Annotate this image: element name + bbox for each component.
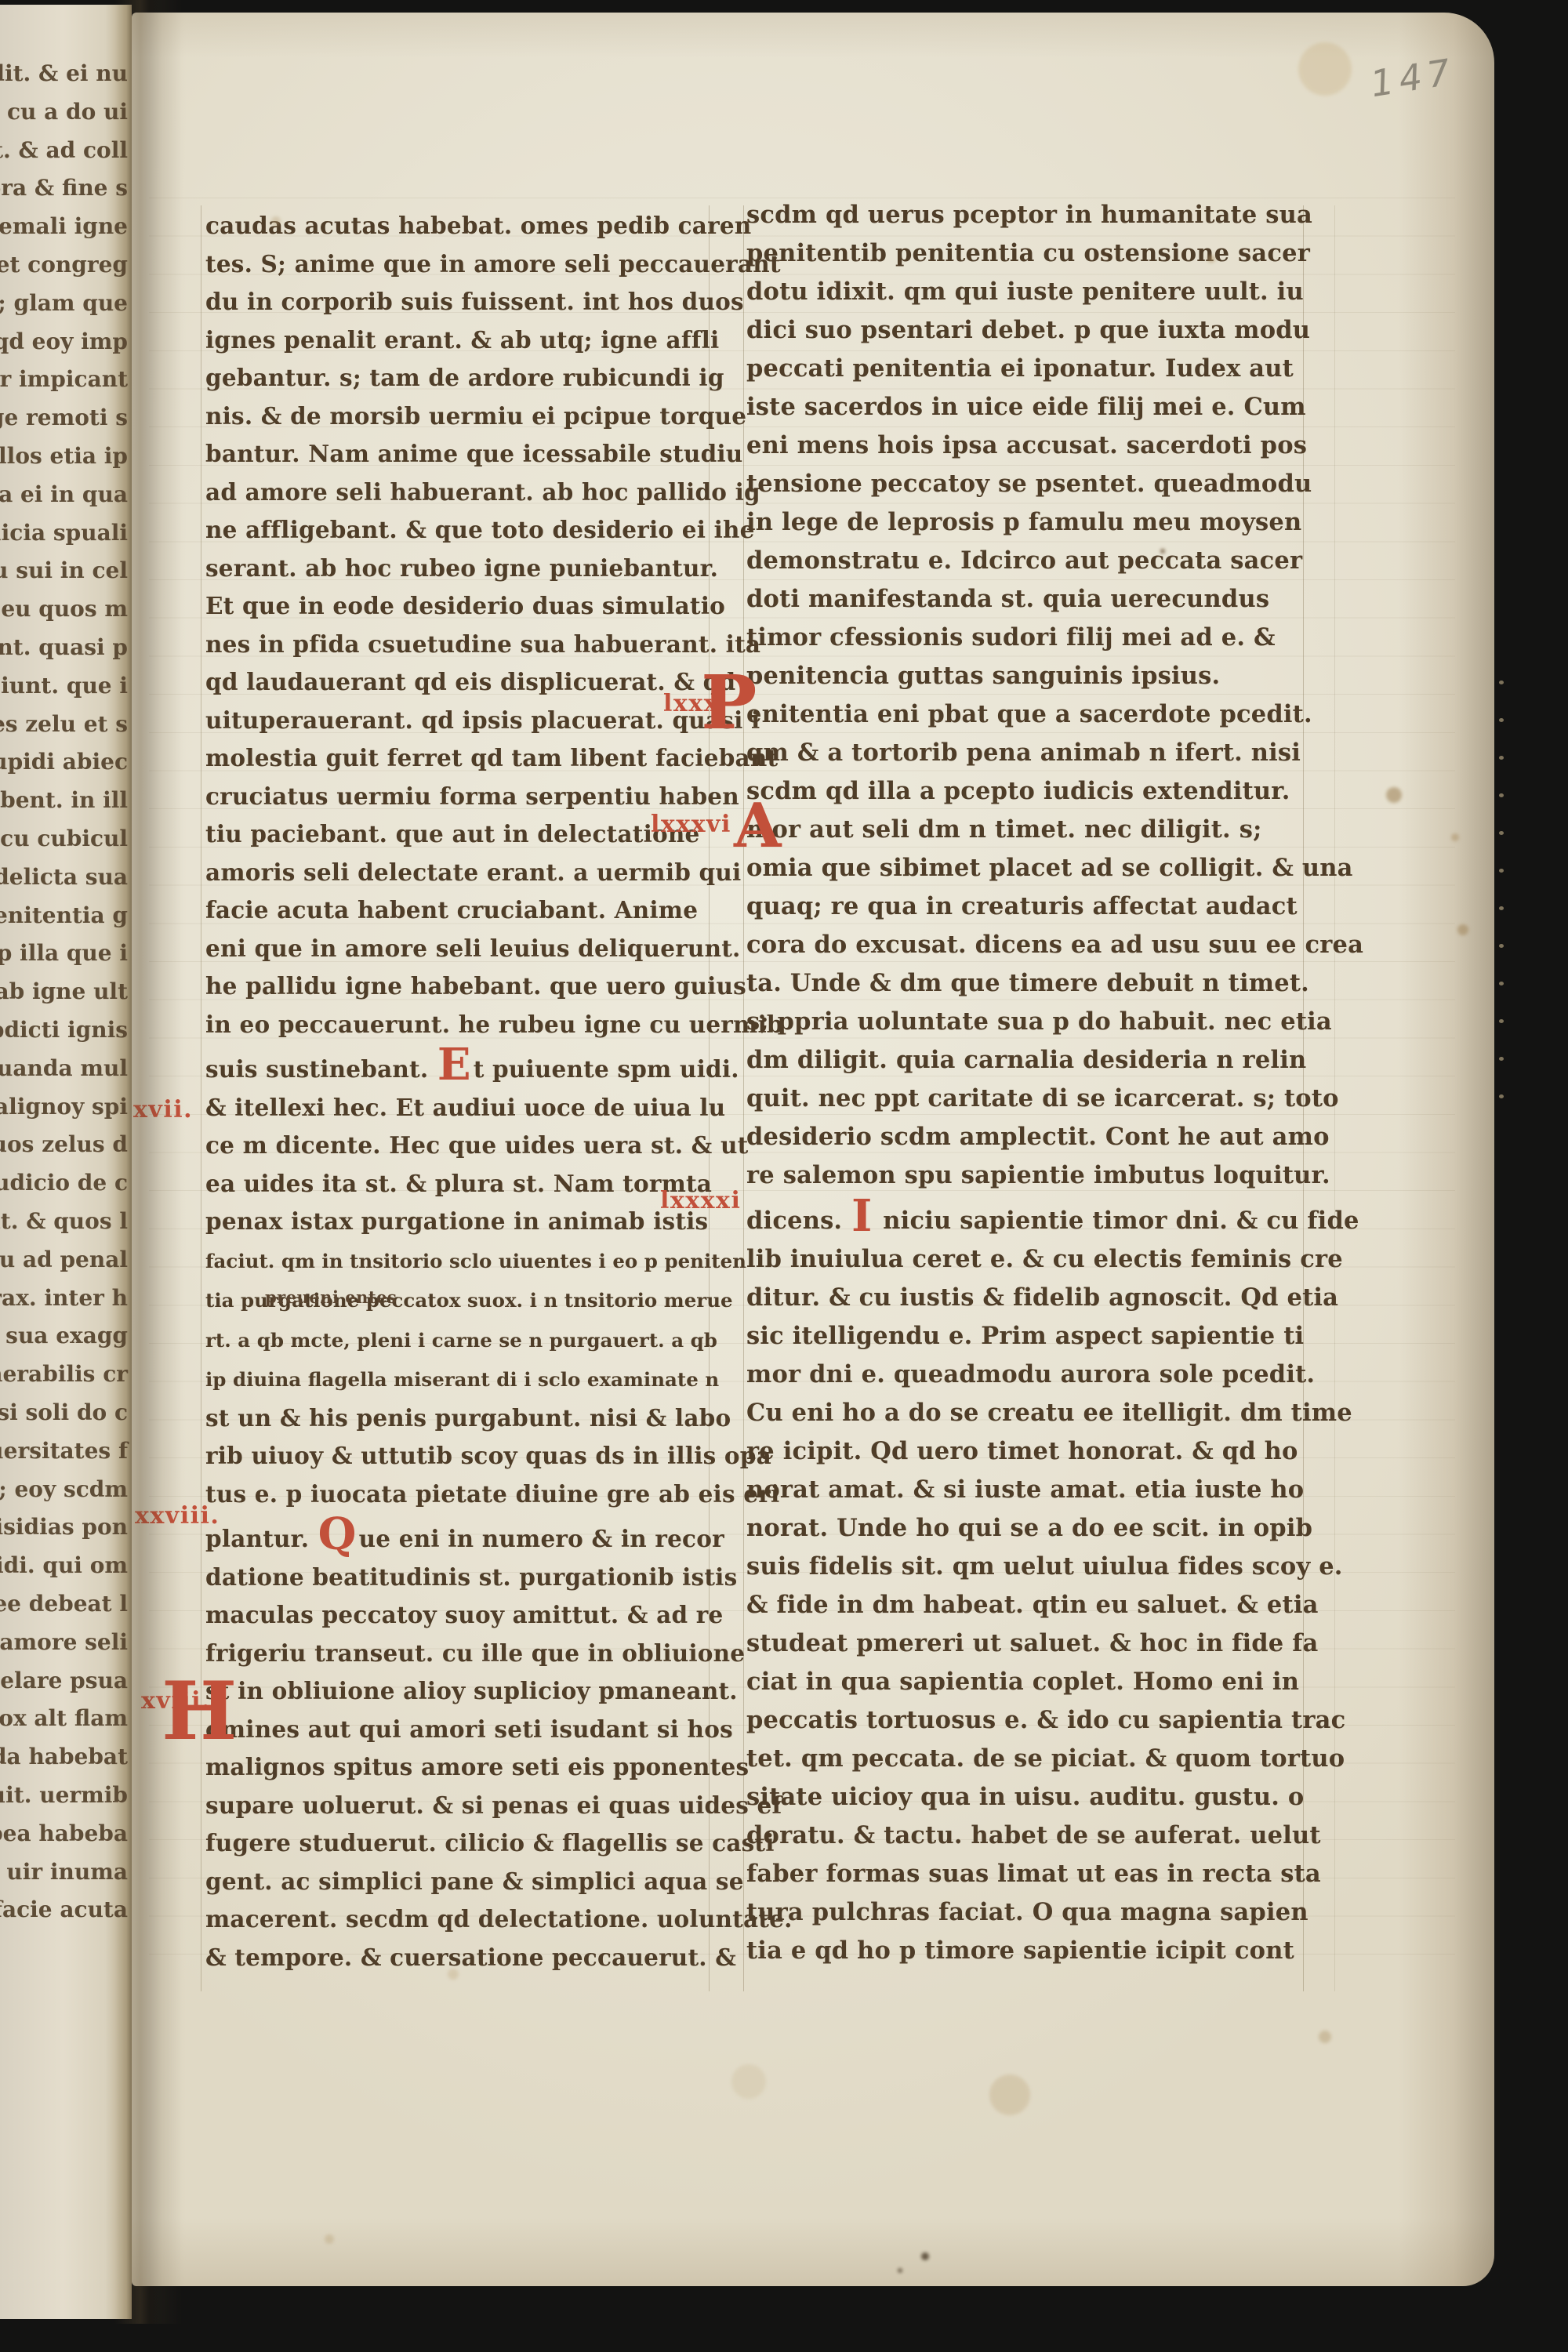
text-line: suis fidelis sit. qm uelut uiulua fides … xyxy=(746,1548,1308,1586)
facing-text-fragment: i peccati qd eoy imp xyxy=(0,323,128,361)
stain-spot xyxy=(325,2234,334,2244)
facing-text-fragment: ui. ali facie acuta xyxy=(0,1891,128,1929)
text-line: mor dni e. queadmodu aurora sole pcedit. xyxy=(746,1356,1308,1394)
facing-text-fragment: oy pdicti ignis xyxy=(0,1011,128,1050)
facing-text-fragment: tes. Que cu a do ui xyxy=(0,93,128,132)
chapter-number-lxxxxi: lxxxxi xyxy=(660,1187,741,1214)
text-line: tura pulchras faciat. O qua magna sapien xyxy=(746,1893,1308,1932)
text-segment: rt. a qb mcte, pleni i carne se n purgau… xyxy=(205,1329,717,1352)
stain-spot xyxy=(271,216,281,226)
facing-text-fragment: e cu gehemali igne xyxy=(0,208,128,246)
text-line: quaq; re qua in creaturis affectat audac… xyxy=(746,887,1308,926)
stain-spot xyxy=(898,2268,902,2273)
stain-spot xyxy=(1298,42,1352,96)
facing-text-fragment: ectunt. eu quos m xyxy=(0,590,128,629)
interlinear-correction: preueni entes xyxy=(265,1287,397,1307)
column-rule-right-inner xyxy=(743,205,744,1991)
facing-text-fragment: ioculant. quasi p xyxy=(0,629,128,667)
text-line: nes in pfida csuetudine sua habuerant. i… xyxy=(205,626,715,664)
text-line: eni que in amore seli leuius deliquerunt… xyxy=(205,930,715,968)
text-line: molestia guit ferret qd tam libent facie… xyxy=(205,739,715,778)
text-line: scdm qd uerus pceptor in humanitate sua xyxy=(746,196,1308,234)
stain-spot xyxy=(1386,787,1402,803)
text-segment: faciut. qm in tnsitorio sclo uiuentes i … xyxy=(205,1250,746,1272)
text-line: tia e qd ho p timore sapientie icipit co… xyxy=(746,1932,1308,1970)
fore-edge-dot xyxy=(1499,831,1504,835)
facing-text-fragment: in instaru sui in cel xyxy=(0,552,128,590)
text-column-right: scdm qd uerus pceptor in humanitate suap… xyxy=(746,196,1308,1970)
text-line: tiu paciebant. que aut in delectatione xyxy=(205,815,715,854)
text-line: qm & a tortorib pena animab n ifert. nis… xyxy=(746,734,1308,772)
text-line: tet. qm peccata. de se piciat. & quom to… xyxy=(746,1740,1308,1778)
facing-text-fragment: ex his quos zelus d xyxy=(0,1126,128,1164)
text-line: malignos spitus amore seti eis pponentes xyxy=(205,1748,715,1787)
facing-text-fragment: ucunda habebat xyxy=(0,1738,128,1777)
text-segment: dicens. xyxy=(746,1207,851,1235)
chapter-number-lxxxvi: lxxxvi xyxy=(651,811,731,838)
text-line: in lege de leprosis p famulu meu moysen xyxy=(746,503,1308,542)
text-line: ce m dicente. Hec que uides uera st. & u… xyxy=(205,1127,715,1165)
facing-text-fragment: e nolut. illos etia ip xyxy=(0,437,128,476)
text-line: demonstratu e. Idcirco aut peccata sacer xyxy=(746,542,1308,580)
text-line: scdm qd illa a pcepto iudicis extenditur… xyxy=(746,772,1308,811)
text-line: studeat pmereri ut saluet. & hoc in fide… xyxy=(746,1624,1308,1663)
stain-spot xyxy=(921,2252,929,2260)
fore-edge-dot xyxy=(1499,869,1504,873)
text-line: dm diligit. quia carnalia desideria n re… xyxy=(746,1041,1308,1080)
facing-text-fragment: inumerabilis cr xyxy=(0,1356,128,1394)
text-line: ip diuina flagella miserant di i sclo ex… xyxy=(205,1359,715,1399)
text-line: Cu eni ho a do se creatu ee itelligit. d… xyxy=(746,1394,1308,1432)
facing-text-fragment: ea in iterna cu cubicul xyxy=(0,820,128,858)
facing-text-fragment: oy uidi. qui om xyxy=(0,1547,128,1585)
facing-text-fragment: rat. quia ei in qua xyxy=(0,476,128,514)
text-line: s; ppria uoluntate sua p do habuit. nec … xyxy=(746,1003,1308,1041)
facing-text-fragment: uoy penitentia g xyxy=(0,897,128,935)
text-line: peccati penitentia ei iponatur. Iudex au… xyxy=(746,350,1308,388)
facing-text-fragment: quisq; eoy scdm xyxy=(0,1471,128,1509)
text-line: lib inuiulua ceret e. & cu electis femin… xyxy=(746,1240,1308,1279)
text-line: penitentib penitentia cu ostensione sace… xyxy=(746,234,1308,273)
text-segment: t puiuente spm uidi. xyxy=(474,1055,739,1083)
text-segment: niciu sapientie timor dni. & cu fide xyxy=(874,1207,1359,1235)
text-column-left: caudas acutas habebat. omes pedib carent… xyxy=(205,207,715,1976)
text-line: ditur. & cu iustis & fidelib agnoscit. Q… xyxy=(746,1279,1308,1317)
text-line: omines aut qui amori seti isudant si hos xyxy=(205,1711,715,1749)
text-line: mor aut seli dm n timet. nec diligit. s; xyxy=(746,811,1308,849)
chapter-number-xvii: xvii. xyxy=(133,1096,193,1123)
fore-edge-dot xyxy=(1499,756,1504,760)
fore-edge-dot xyxy=(1499,1057,1504,1061)
text-line: in eo peccauerunt. he rubeu igne cu uerm… xyxy=(205,1006,715,1044)
stain-spot xyxy=(448,1969,459,1980)
text-line: fugere studuerut. cilicio & flagellis se… xyxy=(205,1824,715,1863)
chapter-number-xxviii: xxviii. xyxy=(135,1502,220,1530)
facing-text-fragment: sup illa que i xyxy=(0,935,128,973)
fore-edge-dot xyxy=(1499,906,1504,910)
fore-edge-dot xyxy=(1499,982,1504,985)
facing-text-fragment: erbis capiunt. que i xyxy=(0,667,128,706)
text-line: uituperauerant. qd ipsis placuerat. quas… xyxy=(205,702,715,740)
text-line: sitate uicioy qua in uisu. auditu. gustu… xyxy=(746,1778,1308,1817)
facing-text-fragment: recto iudicio de c xyxy=(0,1164,128,1203)
text-line: ignes penalit erant. & ab utq; igne affl… xyxy=(205,321,715,360)
text-line: nis. & de morsib uermiu ei pcipue torque xyxy=(205,397,715,436)
text-line: ea uides ita st. & plura st. Nam tormta xyxy=(205,1165,715,1203)
stain-spot xyxy=(731,2064,766,2099)
text-line: ta. Unde & dm que timere debuit n timet. xyxy=(746,964,1308,1003)
text-line: ad amore seli habuerant. ab hoc pallido … xyxy=(205,474,715,512)
red-initial-A: A xyxy=(734,801,782,851)
facing-text-fragment: e queda uicia spuali xyxy=(0,514,128,553)
facing-text-fragment: b; psteriora & fine s xyxy=(0,169,128,208)
facing-text-fragment: eu pena et congreg xyxy=(0,246,128,285)
facing-text-fragment: quoy aliu uir inuma xyxy=(0,1853,128,1892)
text-line: sic itelligendu e. Prim aspect sapientie… xyxy=(746,1317,1308,1356)
text-line: tes. S; anime que in amore seli peccauer… xyxy=(205,245,715,284)
text-line: enitentia eni pbat que a sacerdote pcedi… xyxy=(746,695,1308,734)
text-line: amoris seli delectate erant. a uermib qu… xyxy=(205,854,715,892)
text-line: st in obliuione alioy suplicioy pmaneant… xyxy=(205,1672,715,1711)
text-line: quit. nec ppt caritate di se icarcerat. … xyxy=(746,1080,1308,1118)
text-line: tensione peccatoy se psentet. queadmodu xyxy=(746,465,1308,503)
text-line: peccatis tortuosus e. & ido cu sapientia… xyxy=(746,1701,1308,1740)
facing-text-fragment: nib isidias pon xyxy=(0,1508,128,1547)
fore-edge-dot xyxy=(1499,1019,1504,1023)
text-line: faber formas suas limat ut eas in recta … xyxy=(746,1855,1308,1893)
text-line: Et que in eode desiderio duas simulatio xyxy=(205,587,715,626)
text-line: norat. Unde ho qui se a do ee scit. in o… xyxy=(746,1509,1308,1548)
text-line: doratu. & tactu. habet de se auferat. ue… xyxy=(746,1817,1308,1855)
red-initial-H: H xyxy=(162,1679,237,1745)
facing-text-fragment: illi nisi soli do c xyxy=(0,1394,128,1432)
text-line: tus e. p iuocata pietate diuine gre ab e… xyxy=(205,1475,715,1514)
text-line: penax istax purgatione in animab istis xyxy=(205,1203,715,1241)
text-line: frigeriu transeut. cu ille que in obliui… xyxy=(205,1635,715,1673)
text-line: he pallidu igne habebant. que uero guius xyxy=(205,967,715,1006)
text-line: & tempore. & cuersatione peccauerut. & xyxy=(205,1939,715,1977)
facing-text-fragment: qd omes zelu et s xyxy=(0,706,128,744)
facing-text-fragment: icia sua exagg xyxy=(0,1317,128,1356)
text-line: ne affligebant. & que toto desiderio ei … xyxy=(205,511,715,550)
text-line: du in corporib suis fuissent. int hos du… xyxy=(205,283,715,321)
stain-spot xyxy=(1451,833,1459,841)
text-line: plantur. Que eni in numero & in recor xyxy=(205,1513,715,1559)
text-line: serant. ab hoc rubeo igne puniebantur. xyxy=(205,550,715,588)
text-line: macerent. secdm qd delectatione. uolunta… xyxy=(205,1900,715,1939)
facing-text-fragment: ne malignoy spi xyxy=(0,1088,128,1127)
text-segment: ip diuina flagella miserant di i sclo ex… xyxy=(205,1368,719,1391)
fore-edge-dot xyxy=(1499,944,1504,948)
facing-text-fragment: que cor impicant xyxy=(0,361,128,399)
text-line: datione beatitudinis st. purgationib ist… xyxy=(205,1559,715,1597)
facing-text-fragment: penas cupidi abiec xyxy=(0,743,128,782)
text-line: rt. a qb mcte, pleni i carne se n purgau… xyxy=(205,1320,715,1360)
text-line: maculas peccatoy suoy amittut. & ad re xyxy=(205,1596,715,1635)
facing-text-fragment: e trax. inter h xyxy=(0,1279,128,1318)
stain-spot xyxy=(1207,255,1215,263)
facing-text-fragment: artes diuidit. & ei nu xyxy=(0,55,128,93)
facing-text-fragment: hoib amore seli xyxy=(0,1624,128,1662)
text-line: st un & his penis purgabunt. nisi & labo xyxy=(205,1399,715,1438)
fore-edge-dot xyxy=(1499,793,1504,797)
text-segment: ue eni in numero & in recor xyxy=(359,1525,724,1552)
text-segment: plantur. xyxy=(205,1525,318,1552)
facing-text-fragment: eis anhelare psua xyxy=(0,1662,128,1700)
facing-text-fragment: secu ad penal xyxy=(0,1241,128,1279)
text-line: supare uoluerut. & si penas ei quas uide… xyxy=(205,1787,715,1825)
red-initial-inline: Q xyxy=(318,1508,357,1560)
text-line: norat amat. & si iuste amat. etia iuste … xyxy=(746,1471,1308,1509)
facing-page-edge: artes diuidit. & ei nutes. Que cu a do u… xyxy=(0,5,132,2319)
facing-text-fragment: que uult. & ad coll xyxy=(0,132,128,170)
red-initial-inline: E xyxy=(437,1039,471,1091)
text-line: gent. ac simplici pane & simplici aqua s… xyxy=(205,1863,715,1901)
text-line: rib uiuoy & uttutib scoy quas ds in illi… xyxy=(205,1437,715,1475)
facing-text-fragment: e ab igne ult xyxy=(0,973,128,1011)
text-line: facie acuta habent cruciabant. Anime xyxy=(205,891,715,930)
manuscript-photograph: artes diuidit. & ei nutes. Que cu a do u… xyxy=(0,0,1568,2352)
stain-spot xyxy=(1160,549,1165,554)
text-line: desiderio scdm amplectit. Cont he aut am… xyxy=(746,1118,1308,1156)
text-segment: suis sustinebant. xyxy=(205,1055,437,1083)
stain-spot xyxy=(989,2074,1030,2115)
fore-edge-dot xyxy=(1499,1094,1504,1098)
facing-text-fragment: a do longe remoti s xyxy=(0,399,128,437)
fore-edge-dot xyxy=(1499,718,1504,722)
facing-text-fragment: as aduersitates f xyxy=(0,1432,128,1471)
facing-text-fragment: siderii habent. in ill xyxy=(0,782,128,820)
text-line: & fide in dm habeat. qtin eu saluet. & e… xyxy=(746,1586,1308,1624)
text-line: dicens. I niciu sapientie timor dni. & c… xyxy=(746,1195,1308,1240)
text-line: caudas acutas habebat. omes pedib caren xyxy=(205,207,715,245)
text-line: re icipit. Qd uero timet honorat. & qd h… xyxy=(746,1432,1308,1471)
text-line: omia que sibimet placet ad se colligit. … xyxy=(746,849,1308,887)
text-line: gebantur. s; tam de ardore rubicundi ig xyxy=(205,359,715,397)
red-initial-P: P xyxy=(701,673,757,734)
facing-text-fragment: e quoq; glam que xyxy=(0,285,128,323)
facing-text-fragment: ectus ee debeat l xyxy=(0,1585,128,1624)
fore-edge-dot xyxy=(1499,681,1504,684)
text-line: dotu idixit. qm qui iuste penitere uult.… xyxy=(746,273,1308,311)
text-line: re salemon spu sapientie imbutus loquitu… xyxy=(746,1156,1308,1195)
text-line: dici suo psentari debet. p que iuxta mod… xyxy=(746,311,1308,350)
red-initial-inline: I xyxy=(851,1190,872,1242)
facing-text-fragment: t uidi quanda mul xyxy=(0,1050,128,1088)
text-line: cruciatus uermiu forma serpentiu haben xyxy=(205,778,715,816)
facing-text-fragment: di. quox alt flam xyxy=(0,1700,128,1738)
text-line: faciut. qm in tnsitorio sclo uiuentes i … xyxy=(205,1241,715,1281)
stain-spot xyxy=(1319,2031,1331,2043)
facing-text-fragment: ndo delicta sua xyxy=(0,858,128,897)
text-line: iste sacerdos in uice eide filij mei e. … xyxy=(746,388,1308,426)
stain-spot xyxy=(1457,924,1468,935)
facing-text-fragment: a habuit. uermib xyxy=(0,1777,128,1815)
text-line: penitencia guttas sanguinis ipsius. xyxy=(746,657,1308,695)
text-line: doti manifestanda st. quia uerecundus xyxy=(746,580,1308,619)
text-line: eni mens hois ipsa accusat. sacerdoti po… xyxy=(746,426,1308,465)
text-line: timor cfessionis sudori filij mei ad e. … xyxy=(746,619,1308,657)
text-line: cora do excusat. dicens ea ad usu suu ee… xyxy=(746,926,1308,964)
facing-text-fragment: piecerat. & quos l xyxy=(0,1203,128,1241)
text-line: suis sustinebant. Et puiuente spm uidi. xyxy=(205,1044,715,1089)
text-line: qd laudauerant qd eis displicuerat. & qd xyxy=(205,663,715,702)
text-line: & itellexi hec. Et audiui uoce de uiua l… xyxy=(205,1089,715,1127)
facing-text-fragment: flama rubea habeba xyxy=(0,1815,128,1853)
text-line: bantur. Nam anime que icessabile studiu xyxy=(205,435,715,474)
text-line: ciat in qua sapientia coplet. Homo eni i… xyxy=(746,1663,1308,1701)
